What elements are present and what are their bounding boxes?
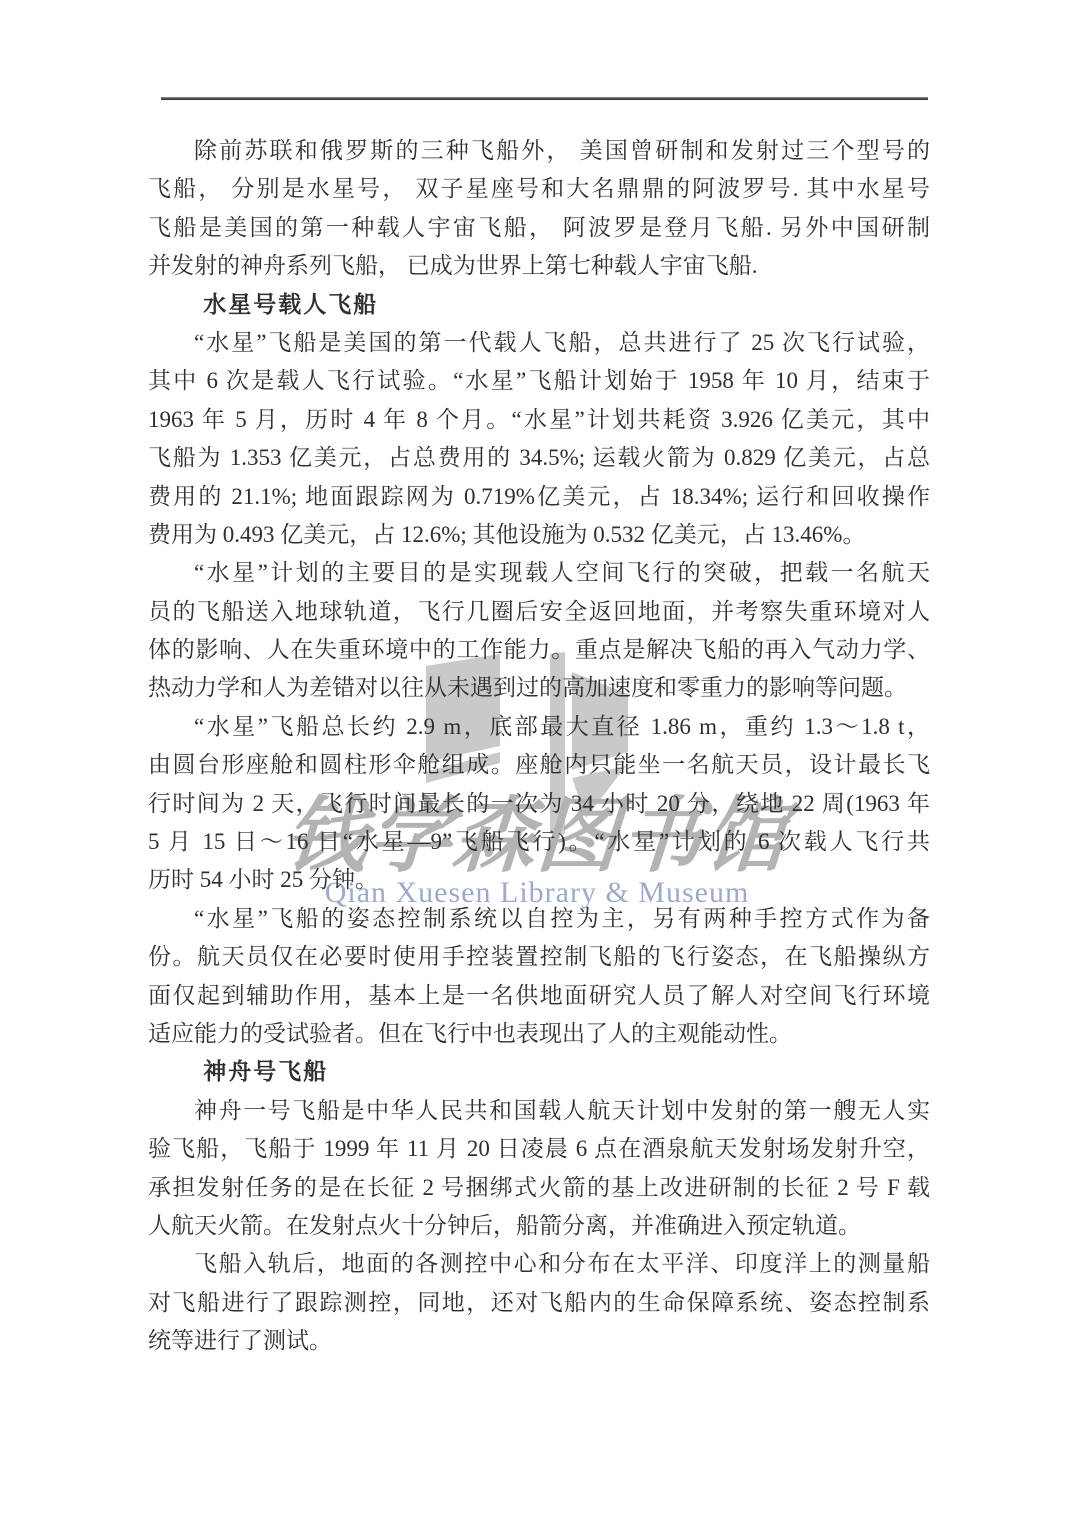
text-line: 其中 6 次是载人飞行试验。“水星”飞船计划始于 1958 年 10 月，结束于	[148, 362, 930, 400]
text-line: 历时 54 小时 25 分钟。	[148, 861, 930, 899]
text-line: 1963 年 5 月，历时 4 年 8 个月。“水星”计划共耗资 3.926 亿…	[148, 401, 930, 439]
text-line: 对飞船进行了跟踪测控，同地，还对飞船内的生命保障系统、姿态控制系	[148, 1284, 930, 1322]
text-line: 除前苏联和俄罗斯的三种飞船外， 美国曾研制和发射过三个型号的	[148, 132, 930, 170]
text-line: 适应能力的受试验者。但在飞行中也表现出了人的主观能动性。	[148, 1015, 930, 1053]
document-page: 钱学森图书馆 Qian Xuesen Library & Museum 除前苏联…	[0, 0, 1074, 1520]
text-line: 飞船是美国的第一种载人宇宙飞船， 阿波罗是登月飞船. 另外中国研制	[148, 209, 930, 247]
text-line: 人航天火箭。在发射点火十分钟后，船箭分离，并准确进入预定轨道。	[148, 1207, 930, 1245]
text-line: 飞船， 分别是水星号， 双子星座号和大名鼎鼎的阿波罗号. 其中水星号	[148, 170, 930, 208]
text-line: “水星”飞船总长约 2.9 m，底部最大直径 1.86 m，重约 1.3～1.8…	[148, 708, 930, 746]
section-heading: 神舟号飞船	[148, 1053, 930, 1091]
text-line: 行时间为 2 天，飞行时间最长的一次为 34 小时 20 分，绕地 22 周(1…	[148, 785, 930, 823]
text-line: 承担发射任务的是在长征 2 号捆绑式火箭的基上改进研制的长征 2 号 F 载	[148, 1169, 930, 1207]
text-line: 费用为 0.493 亿美元，占 12.6%; 其他设施为 0.532 亿美元，占…	[148, 516, 930, 554]
text-line: 统等进行了测试。	[148, 1322, 930, 1360]
text-line: 5 月 15 日～16 日“水星—9”飞船飞行)。“水星”计划的 6 次载人飞行…	[148, 823, 930, 861]
text-line: 并发射的神舟系列飞船， 已成为世界上第七种载人宇宙飞船.	[148, 247, 930, 285]
text-line: 由圆台形座舱和圆柱形伞舱组成。座舱内只能坐一名航天员，设计最长飞	[148, 746, 930, 784]
section-heading: 水星号载人飞船	[148, 286, 930, 324]
text-line: 验飞船，飞船于 1999 年 11 月 20 日凌晨 6 点在酒泉航天发射场发射…	[148, 1130, 930, 1168]
text-line: “水星”计划的主要目的是实现载人空间飞行的突破，把载一名航天	[148, 554, 930, 592]
text-line: 飞船为 1.353 亿美元，占总费用的 34.5%; 运载火箭为 0.829 亿…	[148, 439, 930, 477]
text-line: 热动力学和人为差错对以往从未遇到过的高加速度和零重力的影响等问题。	[148, 669, 930, 707]
text-line: 飞船入轨后，地面的各测控中心和分布在太平洋、印度洋上的测量船	[148, 1245, 930, 1283]
text-line: 费用的 21.1%; 地面跟踪网为 0.719%亿美元，占 18.34%; 运行…	[148, 478, 930, 516]
text-line: 面仅起到辅助作用，基本上是一名供地面研究人员了解人对空间飞行环境	[148, 977, 930, 1015]
text-line: 员的飞船送入地球轨道，飞行几圈后安全返回地面，并考察失重环境对人	[148, 593, 930, 631]
text-line: “水星”飞船是美国的第一代载人飞船，总共进行了 25 次飞行试验，	[148, 324, 930, 362]
text-block: 除前苏联和俄罗斯的三种飞船外， 美国曾研制和发射过三个型号的飞船， 分别是水星号…	[148, 132, 930, 1361]
text-line: 份。航天员仅在必要时使用手控装置控制飞船的飞行姿态，在飞船操纵方	[148, 938, 930, 976]
text-line: 体的影响、人在失重环境中的工作能力。重点是解决飞船的再入气动力学、	[148, 631, 930, 669]
text-line: 神舟一号飞船是中华人民共和国载人航天计划中发射的第一艘无人实	[148, 1092, 930, 1130]
text-line: “水星”飞船的姿态控制系统以自控为主，另有两种手控方式作为备	[148, 900, 930, 938]
